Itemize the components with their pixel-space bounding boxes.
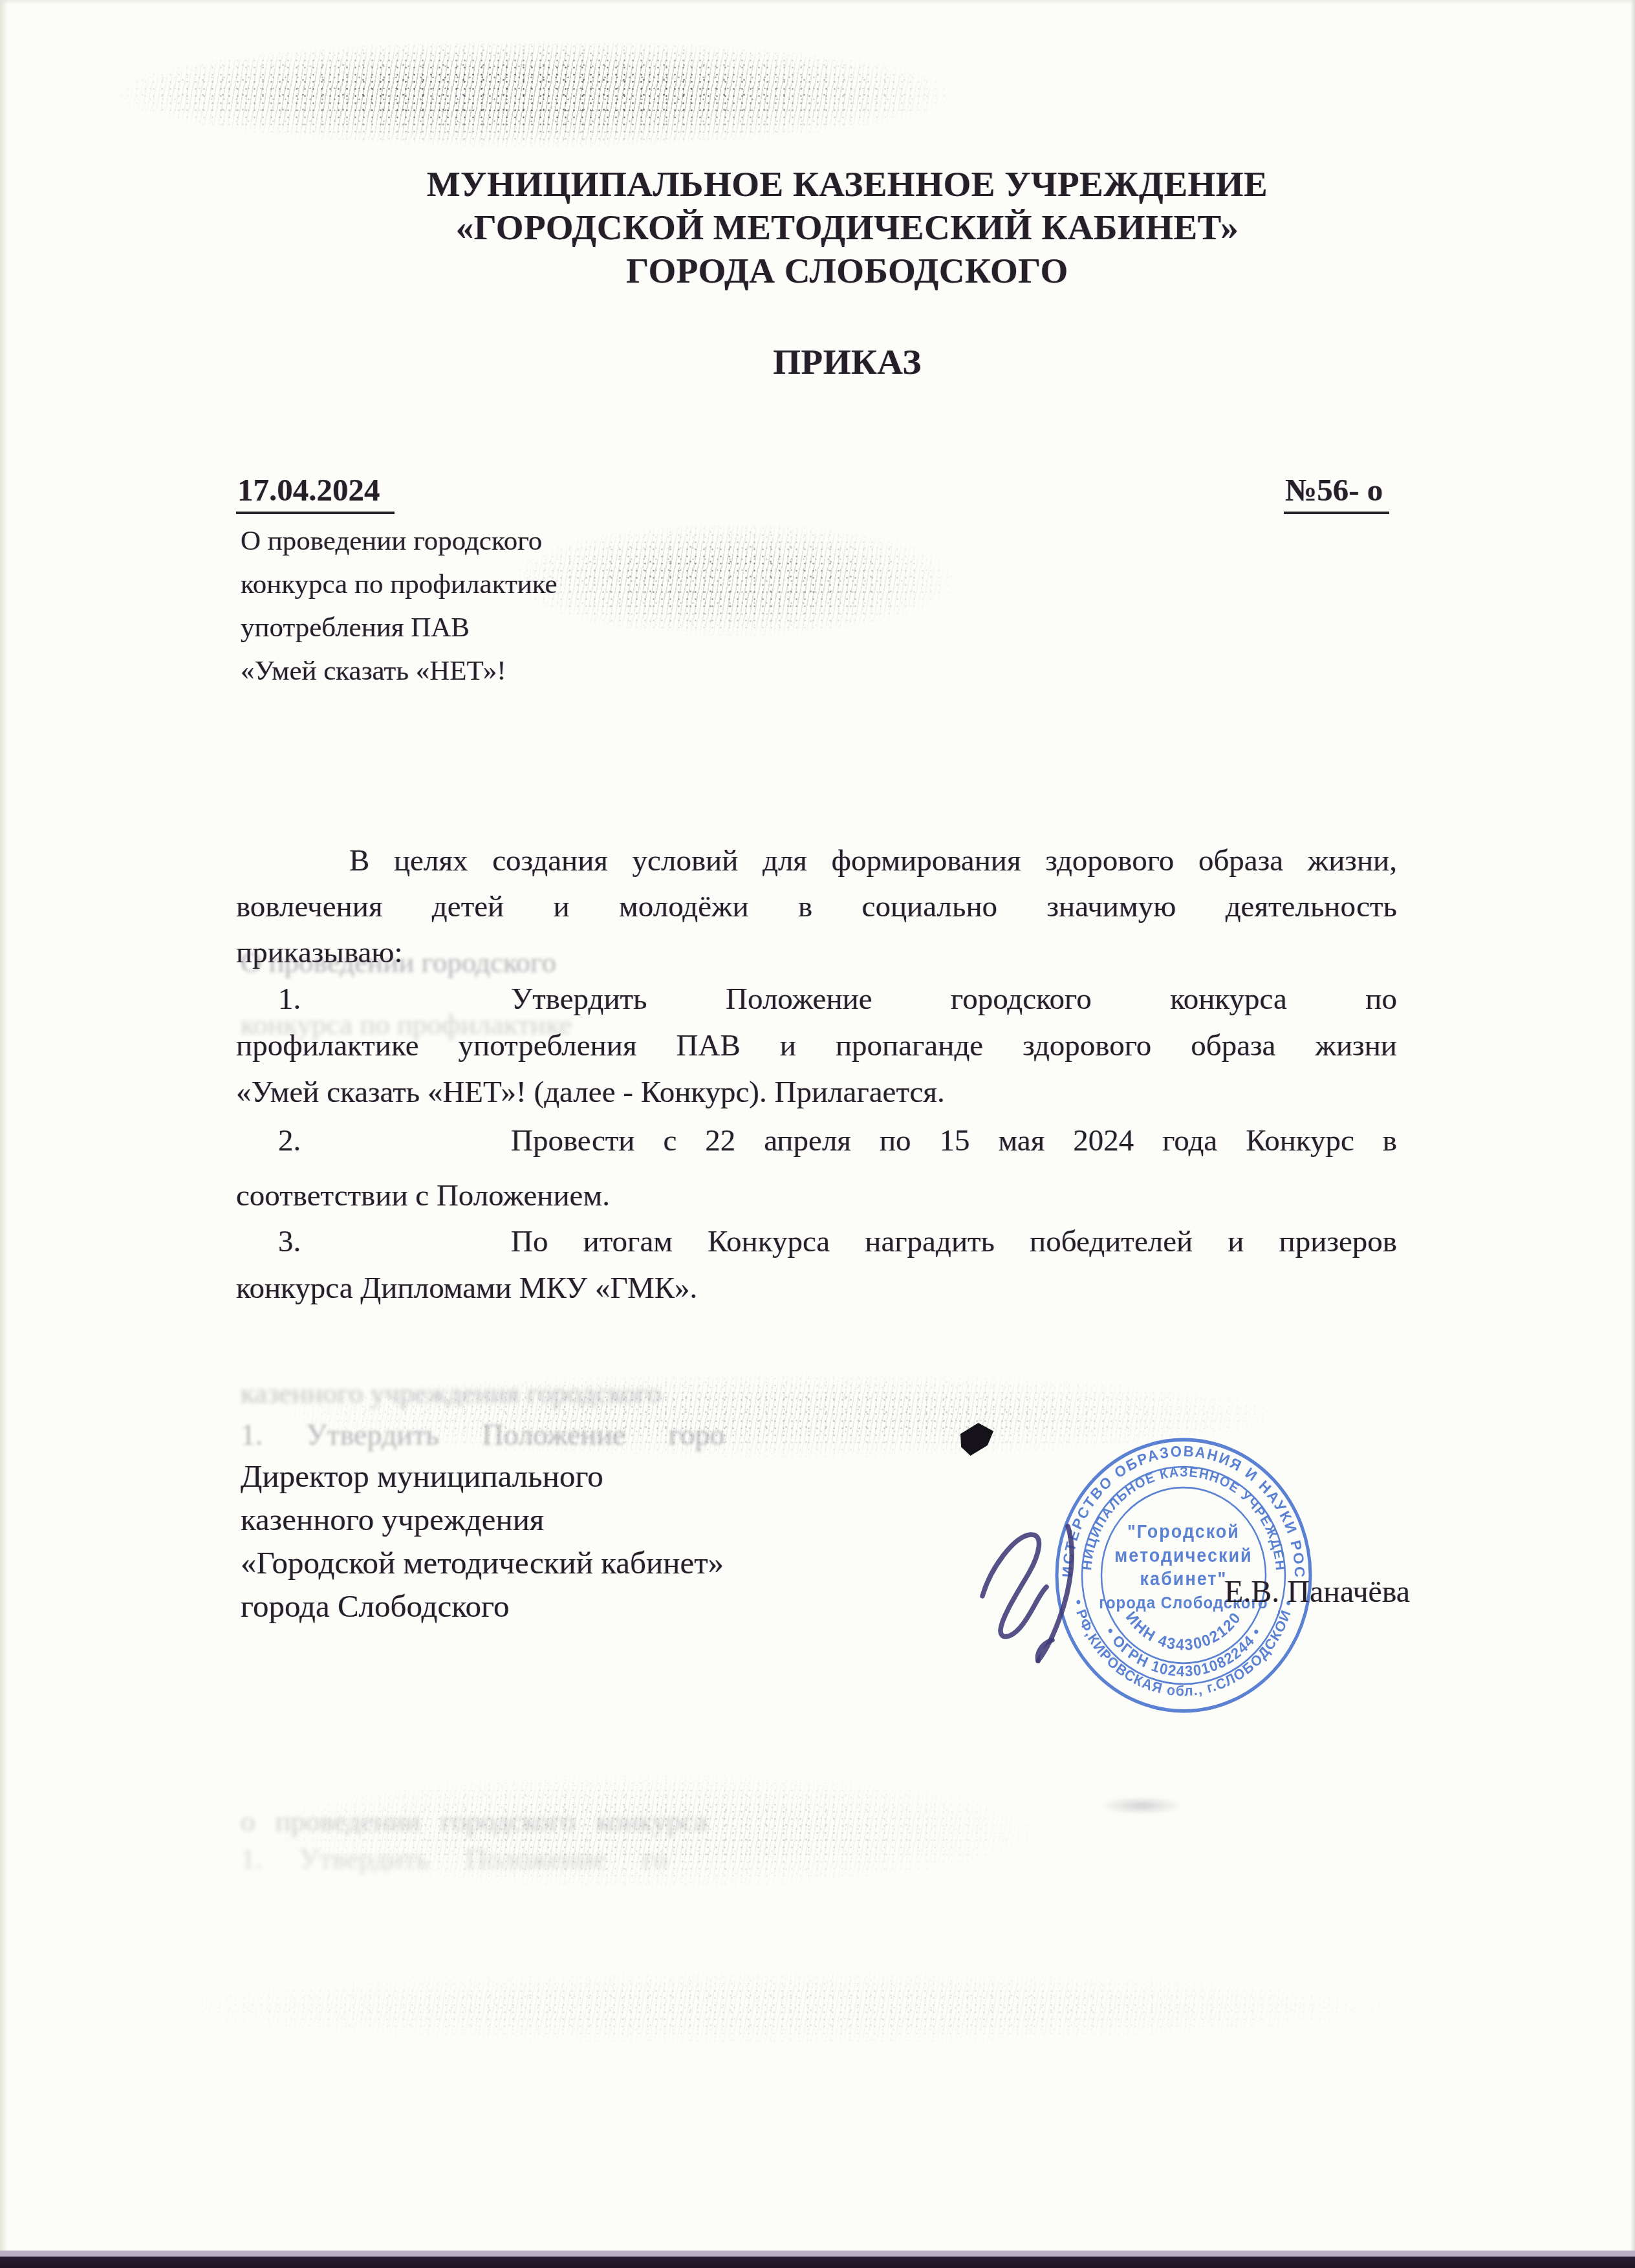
item-2-text: Провести с 22 апреля по 15 мая 2024 года… — [511, 1123, 1397, 1159]
doc-type-title: ПРИКАЗ — [103, 341, 1591, 382]
subject-line-1: О проведении городского — [241, 525, 542, 557]
org-name-line-3: ГОРОДА СЛОБОДСКОГО — [103, 250, 1591, 291]
order-number: №56- о — [1284, 472, 1389, 508]
ghost-text-line: казенного учреждения городского — [241, 1376, 662, 1410]
order-date-value: 17.04.2024 — [236, 472, 395, 514]
signer-position-line-4: города Слободского — [241, 1588, 509, 1625]
stamp-inn-text: ИНН 4343002120 — [1122, 1608, 1244, 1654]
item-1-text-end: «Умей сказать «НЕТ»! (далее - Конкурс). … — [236, 1074, 1397, 1110]
scan-noise-bottom — [97, 1966, 1520, 2057]
order-date: 17.04.2024 — [236, 472, 395, 508]
body-line-1-text: В целях создания условий для формировани… — [236, 843, 1397, 879]
signer-position-line-2: казенного учреждения — [241, 1502, 544, 1538]
scan-smudge-below-stamp — [1099, 1797, 1184, 1815]
body-item-2-line-2: соответствии с Положением. — [236, 1178, 1397, 1214]
body-item-2-line-1: 2. Провести с 22 апреля по 15 мая 2024 г… — [236, 1123, 1397, 1159]
item-2-text-end: соответствии с Положением. — [236, 1178, 1397, 1214]
body-item-3-line-2: конкурса Дипломами МКУ «ГМК». — [236, 1270, 1397, 1306]
item-3-text-end: конкурса Дипломами МКУ «ГМК». — [236, 1270, 1397, 1306]
item-2-number: 2. — [278, 1123, 301, 1159]
item-3-text: По итогам Конкурса наградить победителей… — [511, 1224, 1397, 1260]
ink-blob-artifact — [958, 1421, 995, 1458]
scanner-bottom-strip — [0, 2251, 1635, 2268]
signer-name: Е.В. Паначёва — [1224, 1574, 1410, 1610]
scan-edge-left — [0, 0, 8, 2268]
ghost-text-line: конкурса по профилактике — [241, 1008, 572, 1041]
stamp-center-line-2: методический — [1114, 1545, 1252, 1566]
scan-noise-top-band — [91, 36, 1015, 162]
ghost-text-line: 1. Утвердить Положение горо — [241, 1418, 724, 1452]
signature-stroke-loop — [982, 1535, 1046, 1637]
ghost-text-line: 1. Утвердить Положение го — [241, 1842, 668, 1875]
ghost-text-line: о проведении городского конкурса — [241, 1804, 708, 1838]
org-name-line-1: МУНИЦИПАЛЬНОЕ КАЗЕННОЕ УЧРЕЖДЕНИЕ — [103, 164, 1591, 204]
scan-edge-top — [0, 0, 1635, 5]
body-line-1: В целях создания условий для формировани… — [236, 843, 1397, 879]
stamp-center-line-1: "Городской — [1127, 1521, 1240, 1542]
signer-position-line-3: «Городской методический кабинет» — [241, 1545, 724, 1581]
body-item-3-line-1: 3. По итогам Конкурса наградить победите… — [236, 1224, 1397, 1260]
ghost-text-line: О проведении городского — [241, 945, 556, 979]
item-1-text: Утвердить Положение городского конкурса … — [511, 981, 1397, 1017]
item-3-number: 3. — [278, 1224, 301, 1260]
order-number-value: №56- о — [1284, 472, 1389, 514]
scan-noise-subject-right — [498, 517, 990, 653]
stamp-center-line-3: кабинет" — [1140, 1568, 1228, 1589]
signer-position-line-1: Директор муниципального — [241, 1458, 603, 1495]
body-item-1-line-3: «Умей сказать «НЕТ»! (далее - Конкурс). … — [236, 1074, 1397, 1110]
subject-line-3: употребления ПАВ — [241, 612, 470, 643]
body-line-2: вовлечения детей и молодёжи в социально … — [236, 889, 1397, 925]
scanned-order-page: { "header": { "org_lines": [ "МУНИЦИПАЛЬ… — [0, 0, 1635, 2268]
subject-line-2: конкурса по профилактике — [241, 568, 558, 600]
scan-edge-right — [1630, 0, 1635, 2268]
subject-line-4: «Умей сказать «НЕТ»! — [241, 655, 506, 687]
org-name-line-2: «ГОРОДСКОЙ МЕТОДИЧЕСКИЙ КАБИНЕТ» — [103, 207, 1591, 248]
handwritten-signature — [973, 1518, 1135, 1664]
body-line-2-text: вовлечения детей и молодёжи в социально … — [236, 889, 1397, 925]
